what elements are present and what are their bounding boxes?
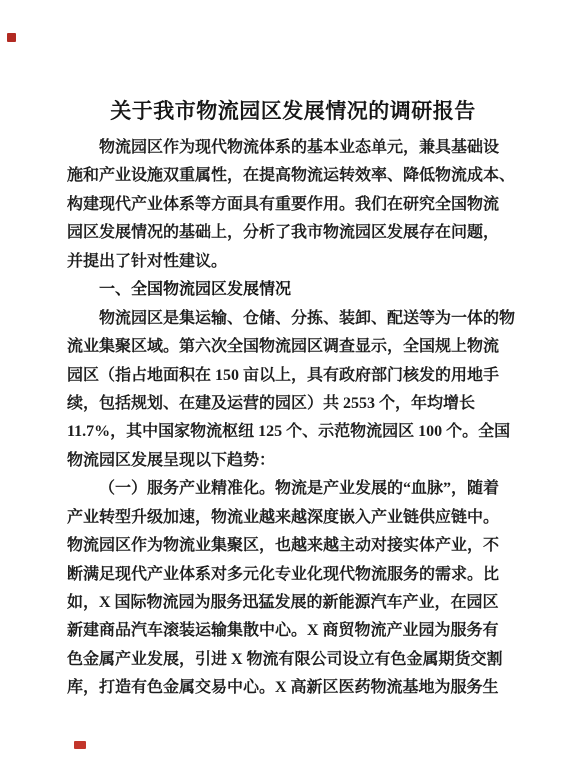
body-text-line: 物流园区作为现代物流体系的基本业态单元，兼具基础设 <box>67 134 521 162</box>
body-text-line: 库，打造有色金属交易中心。X 高新区医药物流基地为服务生 <box>67 674 521 702</box>
body-text-line: 构建现代产业体系等方面具有重要作用。我们在研究全国物流 <box>67 191 521 219</box>
body-text-line: 11.7%，其中国家物流枢纽 125 个、示范物流园区 100 个。全国 <box>67 418 521 446</box>
report-body: 物流园区作为现代物流体系的基本业态单元，兼具基础设施和产业设施双重属性，在提高物… <box>67 134 521 703</box>
document-page-background: { "document": { "title": "关于我市物流园区发展情况的调… <box>0 0 586 759</box>
body-text-line: 流业集聚区域。第六次全国物流园区调查显示，全国规上物流 <box>67 333 521 361</box>
body-text-line: 断满足现代产业体系对多元化专业化现代物流服务的需求。比 <box>67 561 521 589</box>
body-text-line: 产业转型升级加速，物流业越来越深度嵌入产业链供应链中。 <box>67 504 521 532</box>
red-scan-mark-bottom-left <box>74 741 86 749</box>
body-text-line: 物流园区作为物流业集聚区，也越来越主动对接实体产业，不 <box>67 532 521 560</box>
section-heading: 一、全国物流园区发展情况 <box>67 276 521 304</box>
red-scan-mark-top-left <box>7 33 16 42</box>
body-text-line: 并提出了针对性建议。 <box>67 248 521 276</box>
report-page: 关于我市物流园区发展情况的调研报告 物流园区作为现代物流体系的基本业态单元，兼具… <box>0 0 586 759</box>
report-title: 关于我市物流园区发展情况的调研报告 <box>0 95 586 125</box>
body-text-line: 如，X 国际物流园为服务迅猛发展的新能源汽车产业，在园区 <box>67 589 521 617</box>
body-text-line: 园区（指占地面积在 150 亩以上，具有政府部门核发的用地手 <box>67 362 521 390</box>
body-text-line: 新建商品汽车滚装运输集散中心。X 商贸物流产业园为服务有 <box>67 617 521 645</box>
body-text-line: 续，包括规划、在建及运营的园区）共 2553 个，年均增长 <box>67 390 521 418</box>
body-text-line: （一）服务产业精准化。物流是产业发展的“血脉”，随着 <box>67 475 521 503</box>
body-text-line: 园区发展情况的基础上，分析了我市物流园区发展存在问题， <box>67 219 521 247</box>
body-text-line: 物流园区发展呈现以下趋势： <box>67 447 521 475</box>
body-text-line: 色金属产业发展，引进 X 物流有限公司设立有色金属期货交割 <box>67 646 521 674</box>
body-text-line: 施和产业设施双重属性，在提高物流运转效率、降低物流成本、 <box>67 162 521 190</box>
body-text-line: 物流园区是集运输、仓储、分拣、装卸、配送等为一体的物 <box>67 305 521 333</box>
